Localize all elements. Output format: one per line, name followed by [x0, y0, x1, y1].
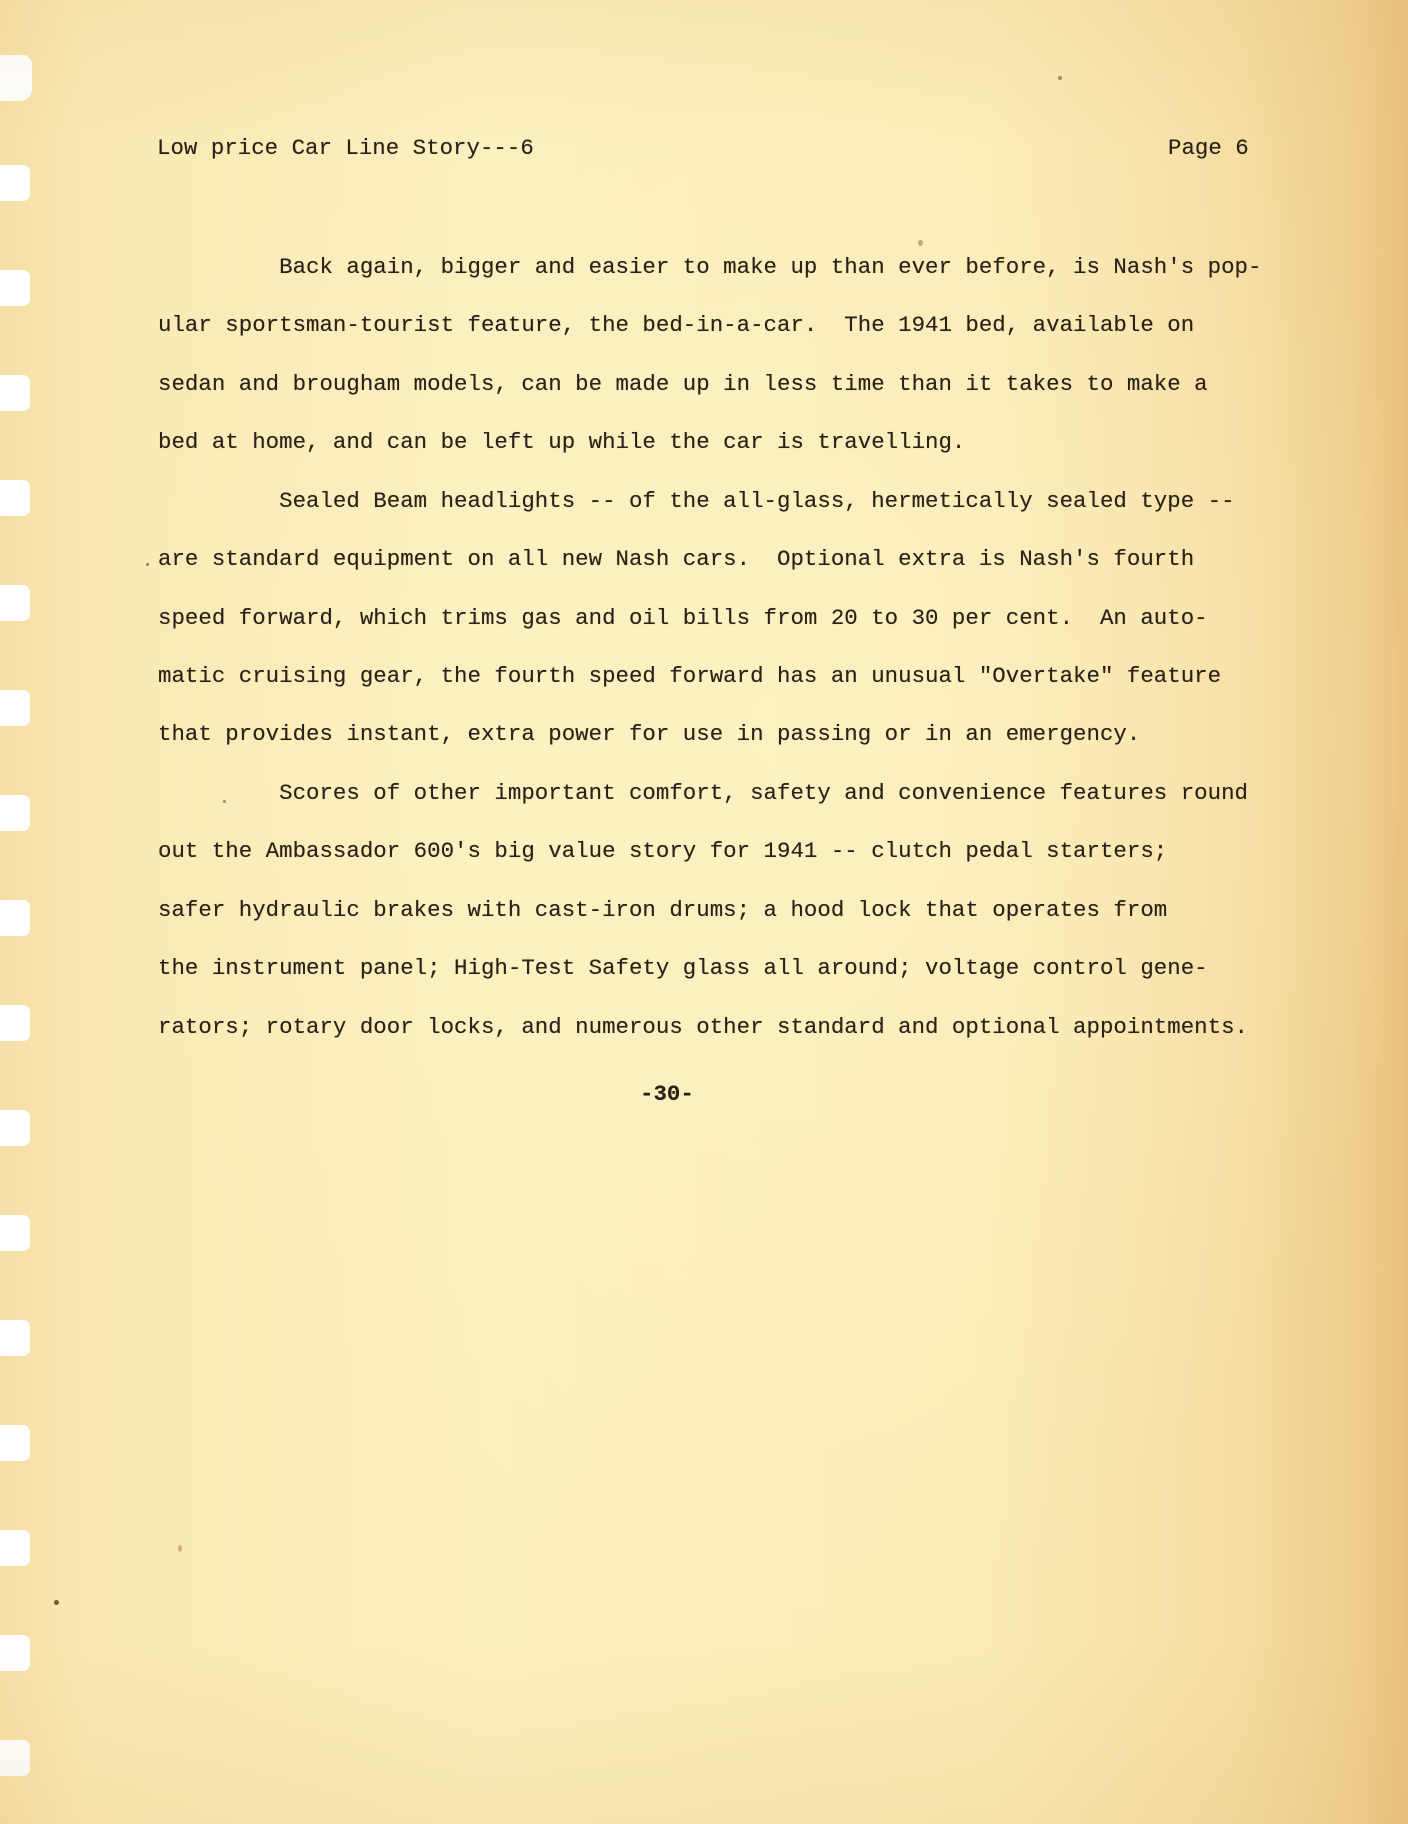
binding-hole [0, 1635, 30, 1671]
binding-hole [0, 55, 32, 101]
paper-speck [1058, 76, 1062, 80]
text-line: safer hydraulic brakes with cast-iron dr… [158, 899, 1167, 921]
binding-hole [0, 795, 30, 831]
binding-hole [0, 1215, 30, 1251]
paper-speck [918, 240, 923, 246]
binding-hole [0, 1320, 30, 1356]
binding-hole [0, 690, 30, 726]
text-line: sedan and brougham models, can be made u… [158, 373, 1208, 395]
text-line: the instrument panel; High-Test Safety g… [158, 957, 1208, 979]
text-line: speed forward, which trims gas and oil b… [158, 607, 1208, 629]
text-line: Sealed Beam headlights -- of the all-gla… [158, 490, 1235, 512]
text-line: that provides instant, extra power for u… [158, 723, 1140, 745]
end-of-story-mark: -30- [640, 1083, 694, 1105]
binding-hole [0, 1530, 30, 1566]
binding-hole [0, 165, 30, 201]
binding-hole [0, 270, 30, 306]
text-line: out the Ambassador 600's big value story… [158, 840, 1167, 862]
text-line: ular sportsman-tourist feature, the bed-… [158, 314, 1194, 336]
text-line: matic cruising gear, the fourth speed fo… [158, 665, 1221, 687]
paper-speck [146, 563, 149, 566]
binding-hole [0, 480, 30, 516]
binding-hole [0, 1005, 30, 1041]
binding-hole [0, 585, 30, 621]
paper-speck [54, 1600, 59, 1605]
paper-speck [178, 1545, 182, 1552]
text-line: Back again, bigger and easier to make up… [158, 256, 1261, 278]
binding-hole [0, 1740, 30, 1776]
binding-hole [0, 900, 30, 936]
text-line: are standard equipment on all new Nash c… [158, 548, 1194, 570]
typewritten-page: Low price Car Line Story---6 Page 6 Back… [0, 0, 1408, 1824]
binding-hole [0, 375, 30, 411]
text-line: bed at home, and can be left up while th… [158, 431, 965, 453]
document-header-title: Low price Car Line Story---6 [157, 137, 534, 159]
binding-hole [0, 1110, 30, 1146]
text-line: Scores of other important comfort, safet… [158, 782, 1248, 804]
binding-hole [0, 1425, 30, 1461]
text-line: rators; rotary door locks, and numerous … [158, 1016, 1248, 1038]
page-number-label: Page 6 [1168, 137, 1249, 159]
